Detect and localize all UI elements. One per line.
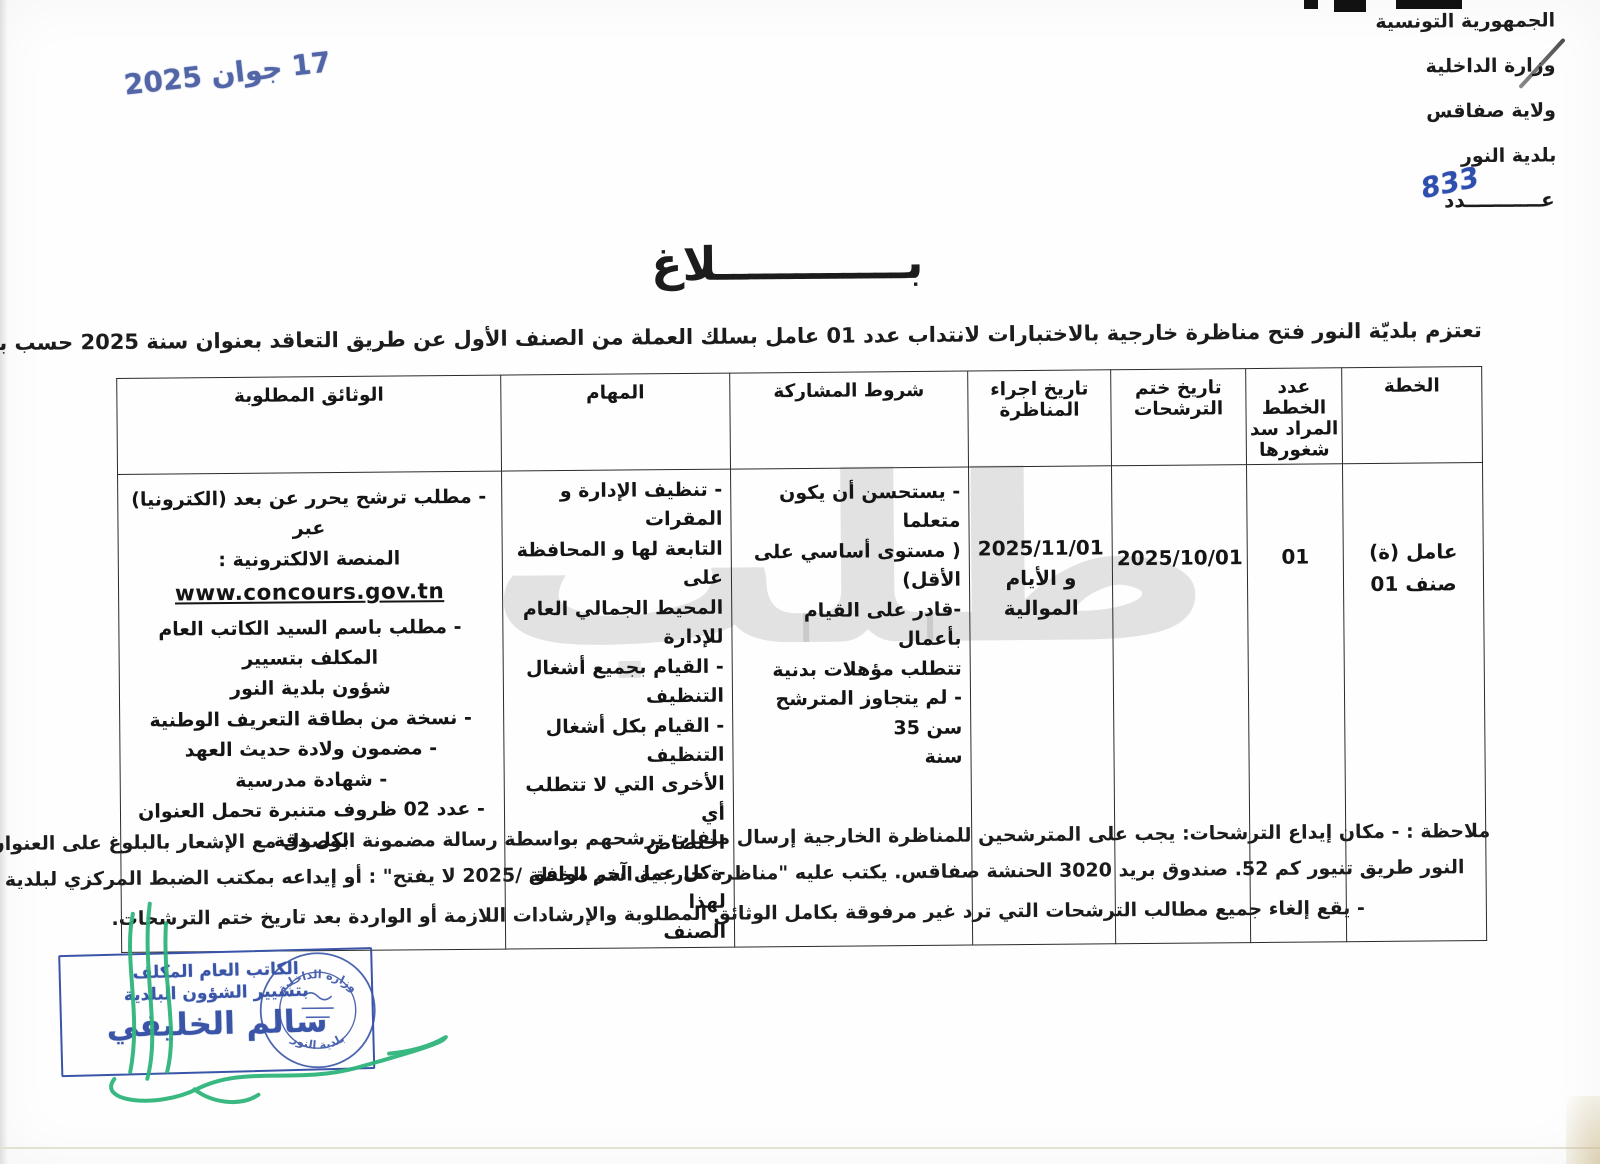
concours-url-text: www.concours.gov.tn xyxy=(129,575,490,613)
table-row: عامل (ة) صنف 01 01 2025/10/01 2025/11/01… xyxy=(118,463,1487,953)
col-header-closing-date: تاريخ ختم الترشحات xyxy=(1111,369,1247,466)
document-content: الجمهورية التونسية وزارة الداخلية ولاية … xyxy=(0,0,1600,1164)
col-header-documents: الوثائق المطلوبة xyxy=(117,375,502,474)
cell-documents: - مطلب ترشح يحرر عن بعد (الكترونيا) عبر … xyxy=(118,471,506,952)
letterhead-governorate: ولاية صفاقس xyxy=(1376,101,1556,122)
documents-list: - مطلب باسم السيد الكاتب العام المكلف بت… xyxy=(138,616,485,852)
intro-paragraph: تعتزم بلديّة النور فتح مناظرة خارجية بال… xyxy=(0,318,1482,357)
cell-position: عامل (ة) صنف 01 xyxy=(1342,463,1486,942)
scanned-document-page: الجمهورية التونسية وزارة الداخلية ولاية … xyxy=(0,0,1600,1164)
col-header-position: الخطة xyxy=(1342,367,1483,464)
date-stamp: 17 جوان 2025 xyxy=(122,45,332,101)
col-header-exam-date: تاريخ اجراء المناظرة xyxy=(968,370,1112,467)
cell-tasks: - تنظيف الإدارة و المقرات التابعة لها و … xyxy=(502,469,735,949)
letterhead-republic: الجمهورية التونسية xyxy=(1375,11,1555,32)
cell-exam-date: 2025/11/01 و الأيام الموالية xyxy=(969,466,1116,945)
table-header-row: الخطة عدد الخطط المراد سد شغورها تاريخ خ… xyxy=(117,367,1483,475)
vacancy-table: الخطة عدد الخطط المراد سد شغورها تاريخ خ… xyxy=(116,366,1487,953)
cell-vacancies: 01 xyxy=(1246,464,1346,943)
documents-intro: - مطلب ترشح يحرر عن بعد (الكترونيا) عبر … xyxy=(131,486,486,571)
col-header-tasks: المهام xyxy=(501,373,731,471)
col-header-conditions: شروط المشاركة xyxy=(730,371,969,469)
cell-conditions: - يستحسن أن يكون متعلما ( مستوى أساسي عل… xyxy=(731,467,973,947)
col-header-vacancies: عدد الخطط المراد سد شغورها xyxy=(1246,368,1343,465)
page-title: بــــــــــــلاغ xyxy=(0,229,1577,297)
letterhead-ministry: وزارة الداخلية xyxy=(1376,56,1556,77)
handwritten-signature xyxy=(43,891,485,1125)
cell-closing-date: 2025/10/01 xyxy=(1111,465,1250,944)
